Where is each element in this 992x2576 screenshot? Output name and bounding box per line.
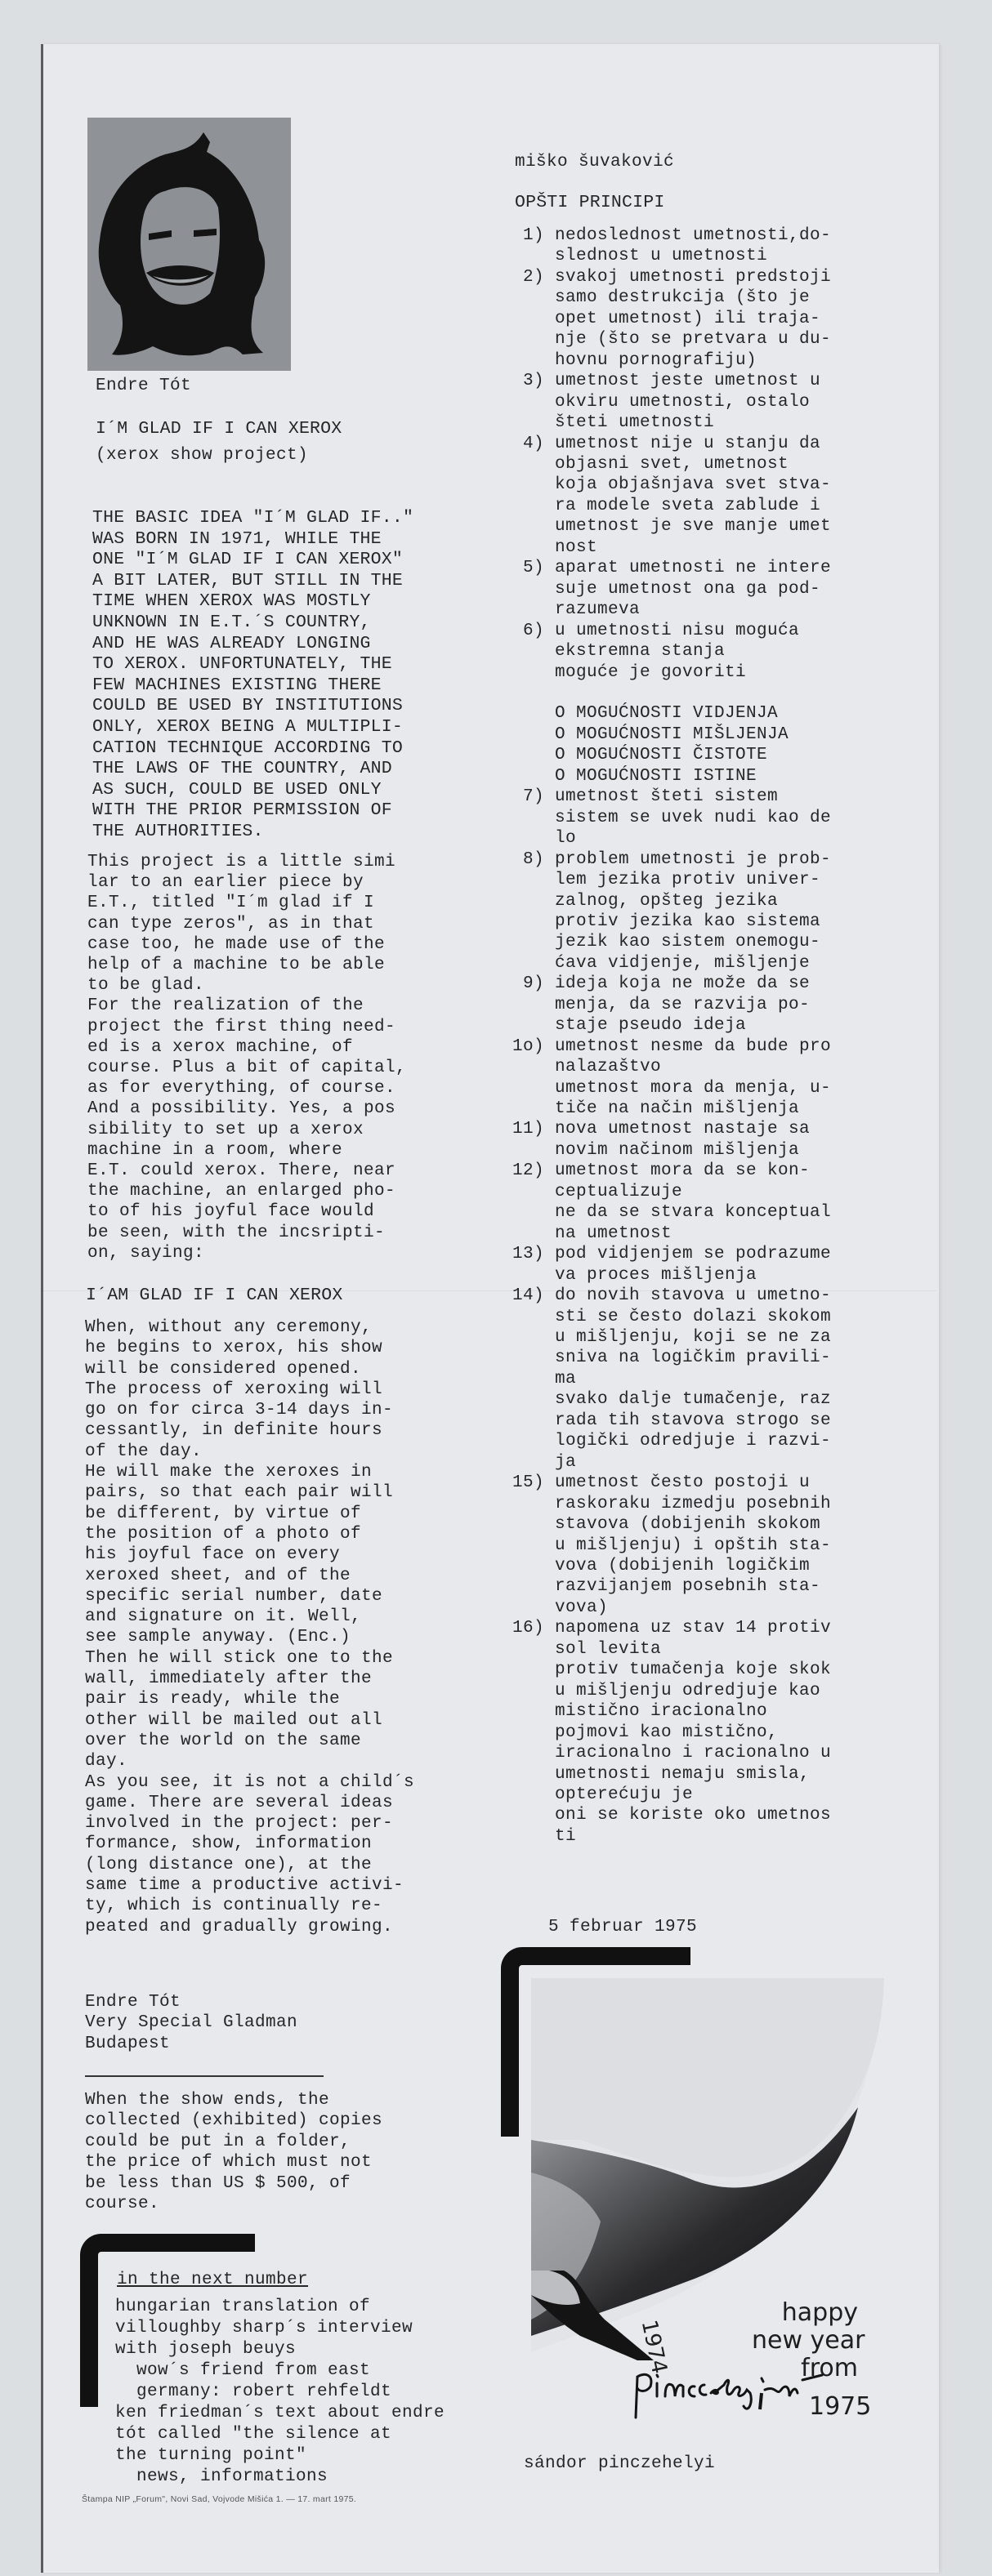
text-line: vova) — [512, 1598, 831, 1618]
inscription: I´AM GLAD IF I CAN XEROX — [86, 1286, 342, 1307]
next-number-heading: in the next number — [117, 2270, 308, 2290]
text-line: game. There are several ideas — [85, 1793, 414, 1813]
text-line: cessantly, in definite hours — [85, 1420, 414, 1441]
text-line: vova (dobijenih logičkim — [512, 1556, 831, 1576]
text-line: wow´s friend from east — [115, 2360, 445, 2382]
text-line: raskoraku izmedju posebnih — [512, 1494, 831, 1514]
essay-date: 5 februar 1975 — [548, 1917, 697, 1937]
text-line: hungarian translation of — [115, 2297, 445, 2318]
text-line: could be put in a folder, — [85, 2132, 382, 2152]
endre-tot-portrait — [87, 118, 291, 371]
text-line: THE LAWS OF THE COUNTRY, AND — [92, 759, 413, 780]
text-line: the position of a photo of — [85, 1524, 414, 1544]
text-line: A BIT LATER, BUT STILL IN THE — [92, 571, 413, 592]
project-title: I´M GLAD IF I CAN XEROX — [96, 419, 342, 440]
text-line: tót called "the silence at — [115, 2424, 445, 2445]
text-line: ti — [512, 1826, 831, 1847]
text-line: u mišljenju odredjuje kao — [512, 1681, 831, 1701]
text-line: iracionalno i racionalno u — [512, 1743, 831, 1763]
text-line: And a possibility. Yes, a pos — [87, 1099, 406, 1119]
text-line: staje pseudo ideja — [512, 1015, 831, 1036]
text-line: WITH THE PRIOR PERMISSION OF — [92, 800, 413, 822]
text-line: formance, show, information — [85, 1834, 414, 1854]
text-line: ra modele sveta zablude i — [512, 496, 831, 516]
text-line: happy — [752, 2299, 858, 2327]
text-line: Then he will stick one to the — [85, 1648, 414, 1669]
text-line: opterećuju je — [512, 1785, 831, 1805]
signature-block: Endre TótVery Special GladmanBudapest — [85, 1992, 297, 2054]
text-line: sibility to set up a xerox — [87, 1120, 406, 1140]
text-line: zalnog, opšteg jezika — [512, 891, 831, 911]
text-line: be less than US $ 500, of — [85, 2173, 382, 2194]
text-line: menja, da se razvija po- — [512, 995, 831, 1015]
text-line: nalazaštvo — [512, 1057, 831, 1077]
text-line: germany: robert rehfeldt — [115, 2382, 445, 2403]
text-line — [512, 683, 831, 703]
text-line: objasni svet, umetnost — [512, 454, 831, 475]
text-line: other will be mailed out all — [85, 1710, 414, 1731]
text-line: umetnost mora da menja, u- — [512, 1078, 831, 1099]
text-line: WAS BORN IN 1971, WHILE THE — [92, 529, 413, 550]
text-line: svako dalje tumačenje, raz — [512, 1389, 831, 1410]
artist-name: sándor pinczehelyi — [524, 2453, 715, 2474]
text-line: 4) umetnost nije u stanju da — [512, 434, 831, 454]
text-line: hovnu pornografiju) — [512, 350, 831, 371]
text-line: E.T., titled "I´m glad if I — [87, 893, 406, 913]
intro-paragraph: THE BASIC IDEA "I´M GLAD IF.."WAS BORN I… — [92, 508, 413, 843]
principles-heading: OPŠTI PRINCIPI — [515, 193, 664, 214]
text-line: his joyful face on every — [85, 1544, 414, 1565]
text-line: TO XEROX. UNFORTUNATELY, THE — [92, 654, 413, 675]
text-line: sistem se uvek nudi kao de — [512, 808, 831, 828]
text-line: This project is a little simi — [87, 852, 406, 872]
text-line: Budapest — [85, 2034, 297, 2054]
text-line: šteti umetnosti — [512, 412, 831, 433]
next-number-list: hungarian translation ofvilloughby sharp… — [115, 2297, 445, 2488]
text-line: as for everything, of course. — [87, 1078, 406, 1099]
text-line: 14) do novih stavova u umetno- — [512, 1286, 831, 1306]
text-line: news, informations — [115, 2467, 445, 2488]
text-line: u mišljenju) i opštih sta- — [512, 1535, 831, 1556]
portrait-face-icon — [87, 118, 291, 371]
text-line: course. Plus a bit of capital, — [87, 1058, 406, 1078]
text-line: CATION TECHNIQUE ACCORDING TO — [92, 738, 413, 760]
text-line: 15) umetnost često postoji u — [512, 1473, 831, 1493]
text-line: can type zeros", as in that — [87, 914, 406, 934]
text-line: the turning point" — [115, 2445, 445, 2467]
text-line: ja — [512, 1452, 831, 1473]
text-line: pojmovi kao mistično, — [512, 1723, 831, 1743]
text-line: 5) aparat umetnosti ne intere — [512, 558, 831, 578]
text-line: O MOGUĆNOSTI ČISTOTE — [512, 745, 831, 765]
text-line: 1) nedoslednost umetnosti,do- — [512, 225, 831, 246]
text-line: FEW MACHINES EXISTING THERE — [92, 675, 413, 697]
text-line: E.T. could xerox. There, near — [87, 1161, 406, 1181]
text-line: Very Special Gladman — [85, 2012, 297, 2033]
text-line: razumeva — [512, 599, 831, 620]
text-line: (long distance one), at the — [85, 1855, 414, 1875]
text-line: ćava vidjenje, mišljenje — [512, 953, 831, 974]
text-line: As you see, it is not a child´s — [85, 1772, 414, 1793]
text-line: okviru umetnosti, ostalo — [512, 392, 831, 412]
body-paragraph-2: When, without any ceremony,he begins to … — [85, 1317, 414, 1937]
text-line: rada tih stavova strogo se — [512, 1411, 831, 1431]
text-line: COULD BE USED BY INSTITUTIONS — [92, 696, 413, 717]
text-line: suje umetnost ona ga pod- — [512, 579, 831, 599]
text-line: machine in a room, where — [87, 1140, 406, 1161]
text-line: sol levita — [512, 1639, 831, 1660]
text-line: 3) umetnost jeste umetnost u — [512, 371, 831, 391]
text-line: 11) nova umetnost nastaje sa — [512, 1119, 831, 1139]
text-line: ONLY, XEROX BEING A MULTIPLI- — [92, 717, 413, 738]
text-line: When the show ends, the — [85, 2090, 382, 2110]
text-line: TIME WHEN XEROX WAS MOSTLY — [92, 591, 413, 613]
text-line: 8) problem umetnosti je prob- — [512, 849, 831, 870]
text-line: same time a productive activi- — [85, 1875, 414, 1896]
text-line: of the day. — [85, 1442, 414, 1462]
text-line: na umetnost — [512, 1223, 831, 1244]
text-line: samo destrukcija (što je — [512, 287, 831, 308]
text-line: AND HE WAS ALREADY LONGING — [92, 634, 413, 655]
text-line: day. — [85, 1751, 414, 1772]
project-subtitle: (xerox show project) — [96, 445, 308, 466]
text-line: AS SUCH, COULD BE USED ONLY — [92, 780, 413, 801]
text-line: O MOGUĆNOSTI ISTINE — [512, 766, 831, 787]
text-line: pairs, so that each pair will — [85, 1482, 414, 1503]
text-line: involved in the project: per- — [85, 1813, 414, 1834]
text-line: be seen, with the incsripti- — [87, 1223, 406, 1243]
text-line: pair is ready, while the — [85, 1689, 414, 1709]
text-line: jezik kao sistem onemogu- — [512, 932, 831, 952]
text-line: case too, he made use of the — [87, 934, 406, 955]
postscript-paragraph: When the show ends, thecollected (exhibi… — [85, 2090, 382, 2214]
text-line: va proces mišljenja — [512, 1265, 831, 1286]
text-line: For the realization of the — [87, 996, 406, 1016]
text-line: 1o) umetnost nesme da bude pro — [512, 1036, 831, 1057]
text-line: specific serial number, date — [85, 1586, 414, 1607]
text-line: logički odredjuje i razvi- — [512, 1431, 831, 1451]
text-line: u mišljenju, koji se ne za — [512, 1327, 831, 1348]
right-author: miško šuvaković — [515, 152, 674, 172]
text-line: ekstremna stanja — [512, 641, 831, 662]
text-line: lar to an earlier piece by — [87, 872, 406, 893]
text-line: to be glad. — [87, 975, 406, 996]
text-line: the price of which must not — [85, 2152, 382, 2173]
text-line: new year — [752, 2327, 858, 2355]
text-line: protiv jezika kao sistema — [512, 911, 831, 932]
text-line: Endre Tót — [85, 1992, 297, 2012]
text-line: 2) svakoj umetnosti predstoji — [512, 267, 831, 287]
text-line: 6) u umetnosti nisu moguća — [512, 621, 831, 641]
text-line: to of his joyful face would — [87, 1201, 406, 1222]
text-line: nost — [512, 537, 831, 558]
text-line: ken friedman´s text about endre — [115, 2403, 445, 2424]
text-line: wall, immediately after the — [85, 1669, 414, 1689]
text-line: 16) napomena uz stav 14 protiv — [512, 1618, 831, 1638]
year-end: 1975 — [809, 2393, 858, 2421]
text-line: ty, which is continually re- — [85, 1896, 414, 1916]
text-line: ma — [512, 1369, 831, 1389]
text-line: sniva na logičkim pravili- — [512, 1348, 831, 1368]
text-line: koja objašnjava svet stva- — [512, 475, 831, 495]
text-line: oni se koriste oko umetnos — [512, 1805, 831, 1825]
text-line: 13) pod vidjenjem se podrazume — [512, 1244, 831, 1264]
text-line: O MOGUĆNOSTI MIŠLJENJA — [512, 724, 831, 745]
divider — [85, 2075, 324, 2077]
text-line: The process of xeroxing will — [85, 1379, 414, 1400]
text-line: He will make the xeroxes in — [85, 1462, 414, 1482]
text-line: ONE "I´M GLAD IF I CAN XEROX" — [92, 550, 413, 571]
text-line: collected (exhibited) copies — [85, 2110, 382, 2131]
text-line: he begins to xerox, his show — [85, 1338, 414, 1358]
text-line: be different, by virtue of — [85, 1504, 414, 1524]
text-line: course. — [85, 2194, 382, 2214]
text-line: stavova (dobijenih skokom — [512, 1514, 831, 1535]
text-line: mistično iracionalno — [512, 1701, 831, 1722]
text-line: 7) umetnost šteti sistem — [512, 787, 831, 807]
text-line: with joseph beuys — [115, 2339, 445, 2360]
text-line: When, without any ceremony, — [85, 1317, 414, 1338]
text-line: the machine, an enlarged pho- — [87, 1181, 406, 1201]
text-line: THE BASIC IDEA "I´M GLAD IF.." — [92, 508, 413, 529]
text-line: xeroxed sheet, and of the — [85, 1566, 414, 1586]
text-line: UNKNOWN IN E.T.´S COUNTRY, — [92, 613, 413, 634]
text-line: umetnost je sve manje umet — [512, 516, 831, 537]
printer-imprint: Štampa NIP „Forum", Novi Sad, Vojvode Mi… — [82, 2494, 356, 2504]
text-line: slednost u umetnosti — [512, 246, 831, 266]
body-paragraph: This project is a little similar to an e… — [87, 852, 406, 1263]
text-line: over the world on the same — [85, 1731, 414, 1751]
text-line: tiče na način mišljenja — [512, 1099, 831, 1119]
author-name: Endre Tót — [96, 376, 191, 396]
text-line: lem jezika protiv univer- — [512, 870, 831, 890]
text-line: go on for circa 3-14 days in- — [85, 1400, 414, 1420]
text-line: sti se često dolazi skokom — [512, 1307, 831, 1327]
text-line: lo — [512, 828, 831, 849]
text-line: will be considered opened. — [85, 1359, 414, 1379]
text-line: project the first thing need- — [87, 1017, 406, 1037]
text-line: 12) umetnost mora da se kon- — [512, 1161, 831, 1181]
text-line: and signature on it. Well, — [85, 1607, 414, 1627]
text-line: nje (što se pretvara u du- — [512, 329, 831, 350]
text-line: opet umetnost) ili traja- — [512, 309, 831, 329]
text-line: moguće je govoriti — [512, 662, 831, 683]
text-line: on, saying: — [87, 1243, 406, 1263]
text-line: 9) ideja koja ne može da se — [512, 974, 831, 994]
text-line: THE AUTHORITIES. — [92, 822, 413, 843]
text-line: O MOGUĆNOSTI VIDJENJA — [512, 703, 831, 724]
text-line: ed is a xerox machine, of — [87, 1037, 406, 1058]
text-line: ceptualizuje — [512, 1182, 831, 1202]
text-line: umetnosti nemaju smisla, — [512, 1764, 831, 1785]
text-line: peated and gradually growing. — [85, 1917, 414, 1937]
text-line: protiv tumačenja koje skok — [512, 1660, 831, 1680]
text-line: villoughby sharp´s interview — [115, 2318, 445, 2339]
text-line: razvijanjem posebnih sta- — [512, 1576, 831, 1597]
text-line: ne da se stvara konceptual — [512, 1202, 831, 1223]
text-line: novim načinom mišljenja — [512, 1140, 831, 1161]
text-line: see sample anyway. (Enc.) — [85, 1627, 414, 1647]
principles-list: 1) nedoslednost umetnosti,do- slednost u… — [512, 225, 831, 1847]
text-line: help of a machine to be able — [87, 955, 406, 975]
